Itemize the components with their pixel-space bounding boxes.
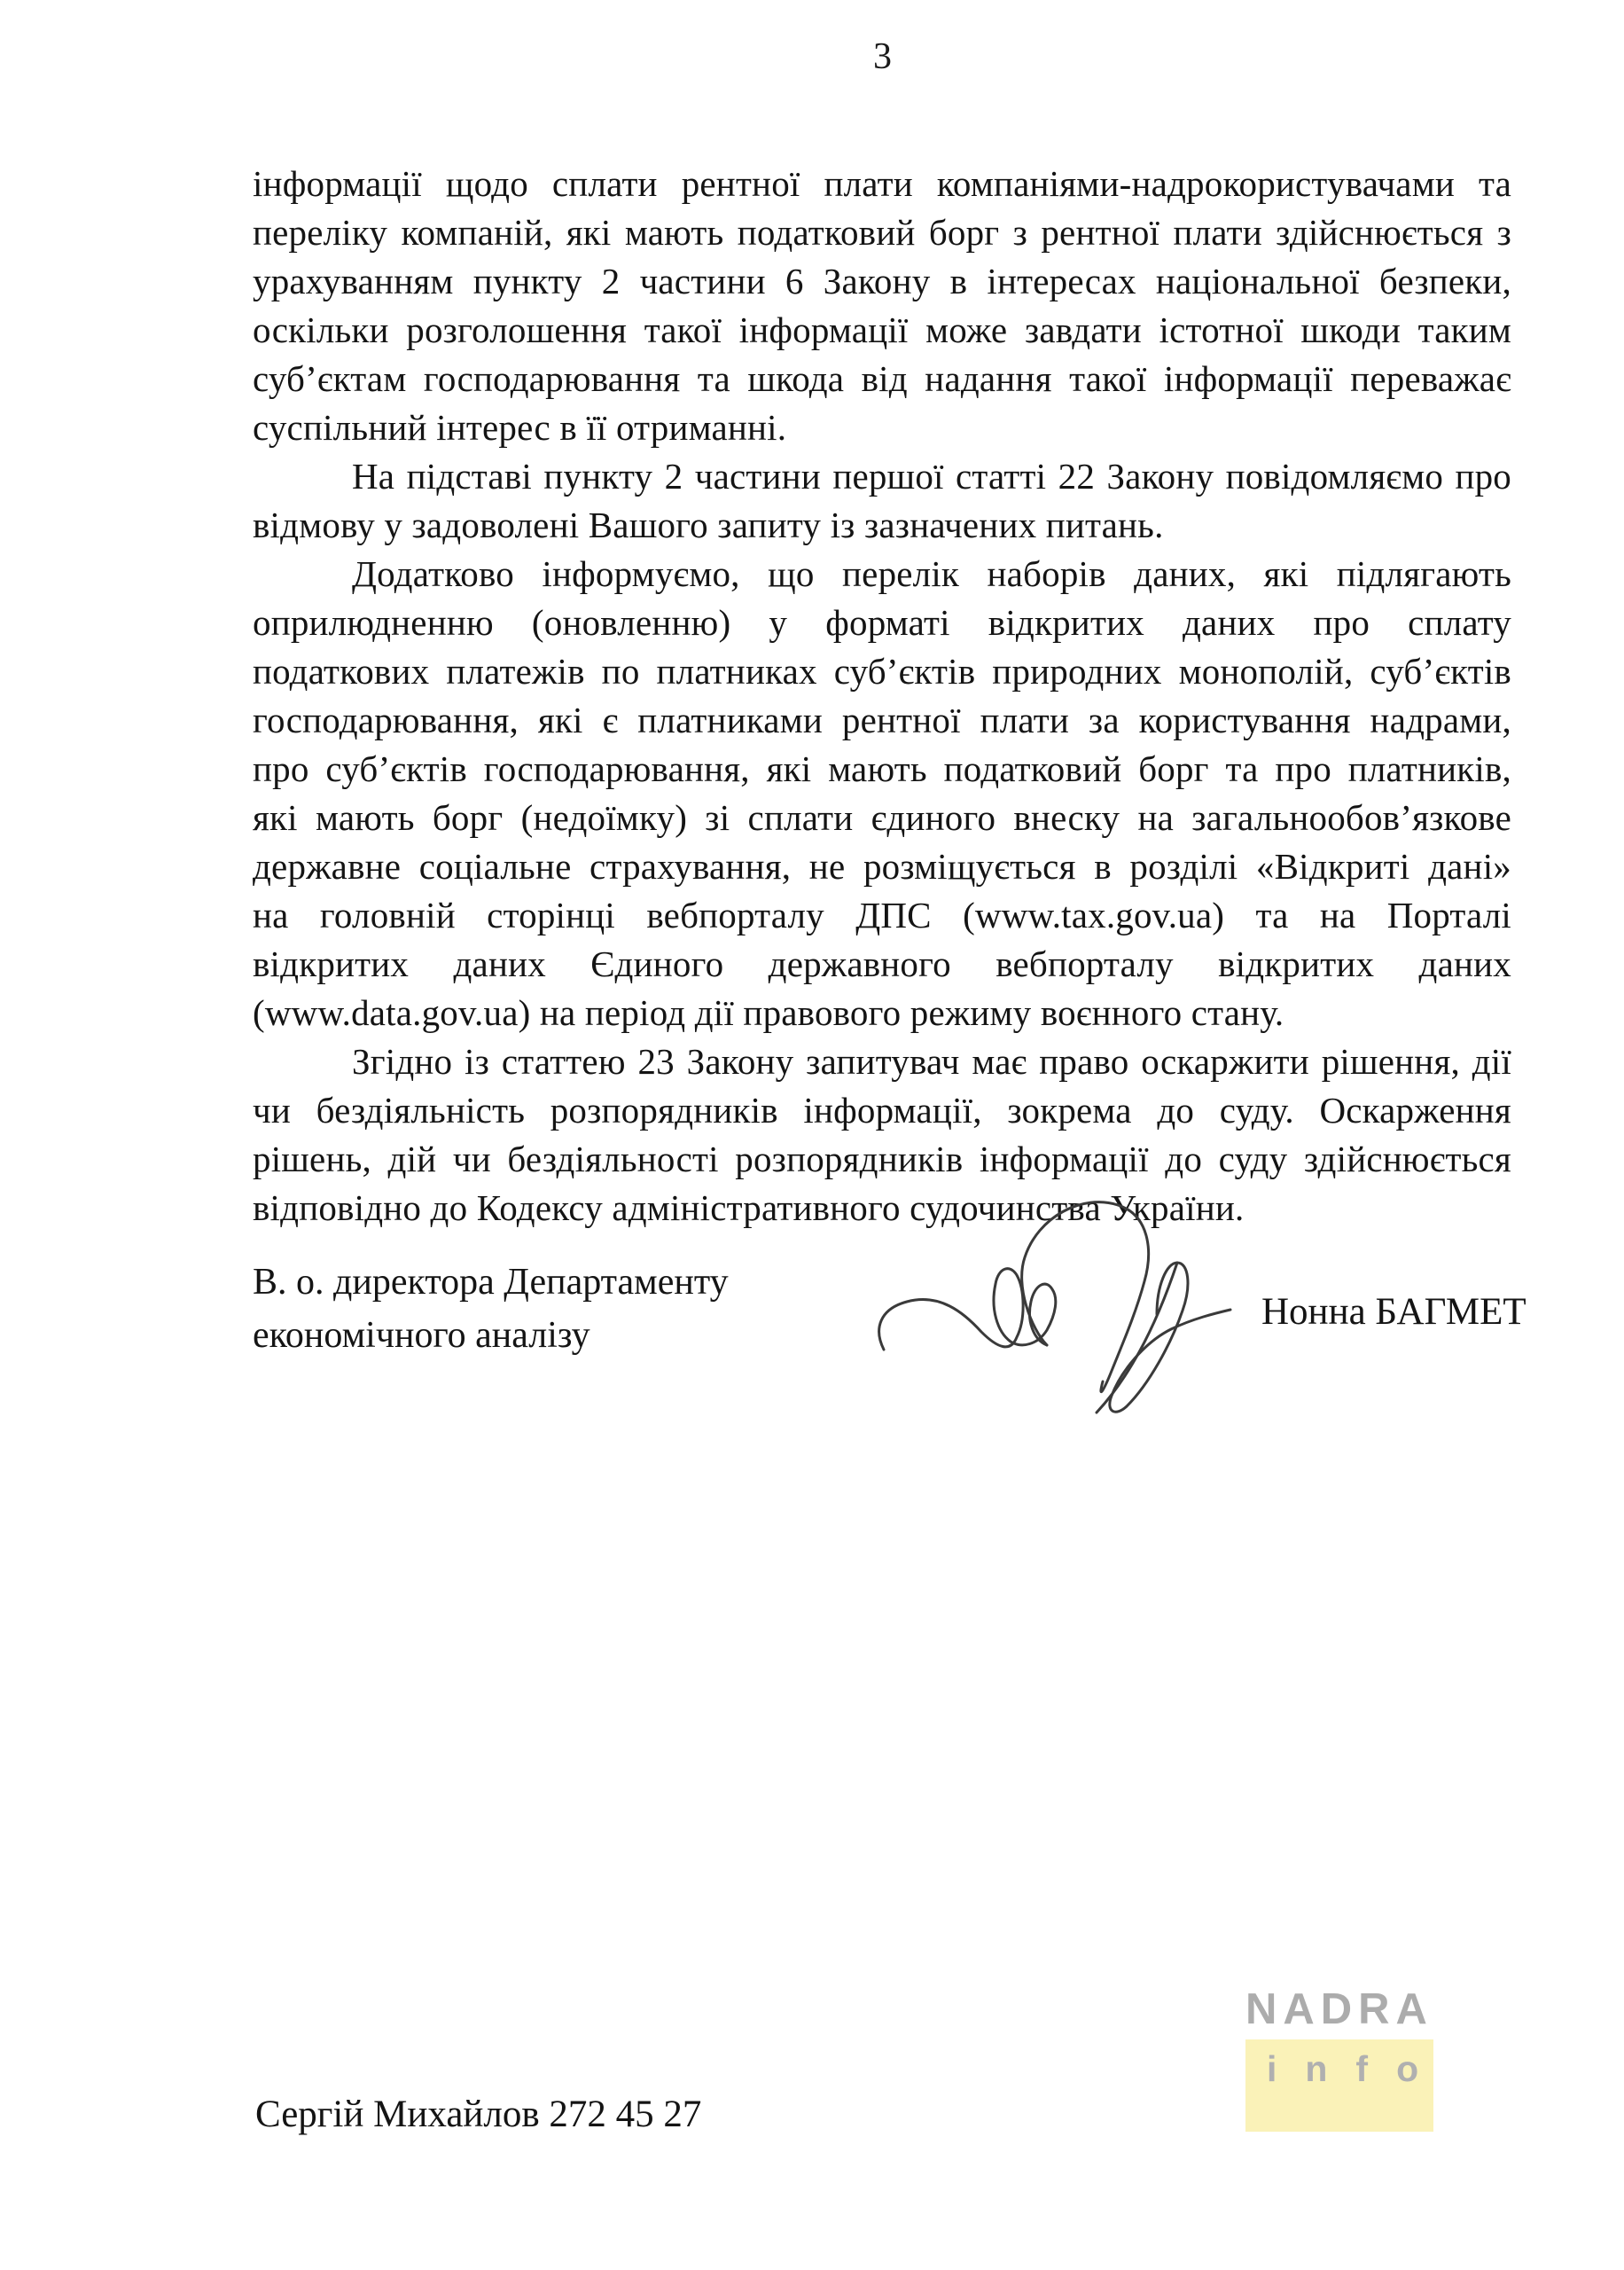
watermark-brand-text: NADRA <box>1245 1986 1433 2032</box>
paragraph-open-data: Додатково інформуємо, що перелік наборів… <box>253 550 1511 1037</box>
text-line: (www.data.gov.ua) на період дії правовог… <box>253 989 1511 1037</box>
text-line: податкових платежів по платниках суб’єкт… <box>253 647 1511 696</box>
text-line: суспільний інтерес в її отриманні. <box>253 403 1511 452</box>
text-line: На підставі пункту 2 частини першої стат… <box>253 452 1511 501</box>
paragraph-continuation: інформації щодо сплати рентної плати ком… <box>253 160 1511 452</box>
watermark-sub-text: info <box>1267 2048 1447 2089</box>
signatory-title: В. о. директора Департаменту економічног… <box>253 1256 729 1362</box>
text-line: Згідно із статтею 23 Закону запитувач ма… <box>253 1037 1511 1086</box>
text-line: рішень, дій чи бездіяльності розпорядник… <box>253 1135 1511 1184</box>
text-line: інформації щодо сплати рентної плати ком… <box>253 160 1511 208</box>
signature-image <box>864 1179 1245 1428</box>
text-line: оскільки розголошення такої інформації м… <box>253 306 1511 355</box>
letter-body: інформації щодо сплати рентної плати ком… <box>253 160 1511 1233</box>
paragraph-refusal: На підставі пункту 2 частини першої стат… <box>253 452 1511 550</box>
text-line: оприлюдненню (оновленню) у форматі відкр… <box>253 599 1511 647</box>
text-line: відмову у задоволені Вашого запиту із за… <box>253 501 1511 550</box>
text-line: на головній сторінці вебпорталу ДПС (www… <box>253 891 1511 940</box>
text-line: відкритих даних Єдиного державного вебпо… <box>253 940 1511 989</box>
text-line: урахуванням пункту 2 частини 6 Закону в … <box>253 257 1511 306</box>
signatory-name: Нонна БАГМЕТ <box>1261 1290 1526 1334</box>
footer-contact: Сергій Михайлов 272 45 27 <box>255 2093 701 2136</box>
text-line: переліку компаній, які мають податковий … <box>253 208 1511 257</box>
text-line: чи бездіяльність розпорядників інформаці… <box>253 1086 1511 1135</box>
text-line: Додатково інформуємо, що перелік наборів… <box>253 550 1511 599</box>
text-line: суб’єктам господарювання та шкода від на… <box>253 355 1511 403</box>
watermark-info-box: info <box>1245 2039 1433 2132</box>
text-line: державне соціальне страхування, не розмі… <box>253 842 1511 891</box>
nadra-info-watermark: NADRA info <box>1245 1986 1433 2132</box>
text-line: господарювання, які є платниками рентної… <box>253 696 1511 745</box>
signatory-title-line1: В. о. директора Департаменту <box>253 1256 729 1309</box>
signatory-title-line2: економічного аналізу <box>253 1309 729 1362</box>
scanned-letter-page: 3 інформації щодо сплати рентної плати к… <box>0 0 1624 2270</box>
text-line: які мають борг (недоїмку) зі сплати єдин… <box>253 794 1511 842</box>
page-number: 3 <box>873 35 892 78</box>
text-line: про суб’єктів господарювання, які мають … <box>253 745 1511 794</box>
